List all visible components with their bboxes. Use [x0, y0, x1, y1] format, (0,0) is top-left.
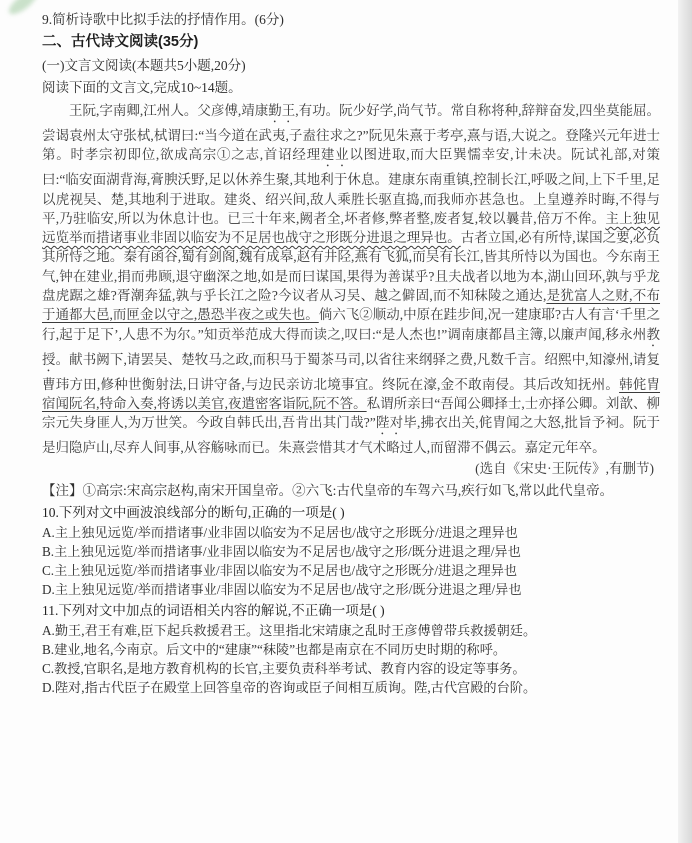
scan-green-smudge — [6, 0, 41, 18]
question-11-option: A.勤王,君王有难,臣下起兵救援君王。这里指北宋靖康之乱时王彦傅曾带兵救援朝廷。 — [42, 621, 660, 640]
question-10-stem: 10.下列对文中画波浪线部分的断句,正确的一项是( ) — [42, 502, 660, 523]
question-11-option: C.教授,官职名,是地方教育机构的长官,主要负责科举考试、教育内容的设定等事务。 — [42, 659, 660, 678]
question-11-option: B.建业,地名,今南京。后文中的“建康”“秣陵”也都是南京在不同历史时期的称呼。 — [42, 640, 660, 659]
question-11-stem: 11.下列对文中加点的词语相关内容的解说,不正确一项是( ) — [42, 600, 660, 621]
section-title: 二、古代诗文阅读(35分) — [42, 31, 660, 54]
exam-paper-page: 9.简析诗歌中比拟手法的抒情作用。(6分) 二、古代诗文阅读(35分) (一)文… — [0, 0, 692, 843]
passage-text: 。献书阙下,请罢吴、楚牧马之政,而积马于蜀茶马司,以省往来纲驿之费,凡数千言。绍… — [42, 352, 660, 392]
passage-dots-text: 建业 — [321, 147, 349, 162]
question-10-option: A.主上独见远览/举而措诸事/业非固以临安为不足居也/战守之形既分/进退之理异也 — [42, 523, 660, 542]
reading-instruction: 阅读下面的文言文,完成10~14题。 — [42, 77, 660, 99]
passage-dots-text: 陛对 — [376, 415, 404, 430]
question-10-option: B.主上独见远览/举而措诸事/业非固以临安为不足居也/战守之形/既分进退之理/异… — [42, 542, 660, 561]
footnotes: 【注】①高宗:宋高宗赵构,南宋开国皇帝。②六飞:古代皇帝的车驾六马,疾行如飞,常… — [42, 480, 660, 501]
question-11-option: D.陛对,指古代臣子在殿堂上回答皇帝的咨询或臣子间相互质询。陛,古代宫殿的台阶。 — [42, 678, 660, 697]
source-attribution: (选自《宋史·王阮传》,有删节) — [42, 458, 660, 480]
passage-dots-text: 勤王 — [268, 103, 295, 118]
questions-block: 10.下列对文中画波浪线部分的断句,正确的一项是( )A.主上独见远览/举而措诸… — [42, 502, 660, 697]
subsection-title: (一)文言文阅读(本题共5小题,20分) — [42, 54, 660, 77]
passage-text: 王阮,字南卿,江州人。父彦傅,靖康 — [69, 103, 268, 118]
question-9-text: 9.简析诗歌中比拟手法的抒情作用。(6分) — [42, 9, 660, 31]
question-10-option: D.主上独见远览/举而措诸事业/非固以临安为不足居也/战守之形/既分进退之理/异… — [42, 580, 660, 599]
classical-chinese-passage: 王阮,字南卿,江州人。父彦傅,靖康勤王,有功。阮少好学,尚气节。常自称将种,辞辩… — [42, 101, 660, 458]
question-10-option: C.主上独见远览/举而措诸事业/非固以临安为不足居也/战守之形既分/进退之理异也 — [42, 561, 660, 580]
scan-edge-shadow — [678, 0, 692, 843]
